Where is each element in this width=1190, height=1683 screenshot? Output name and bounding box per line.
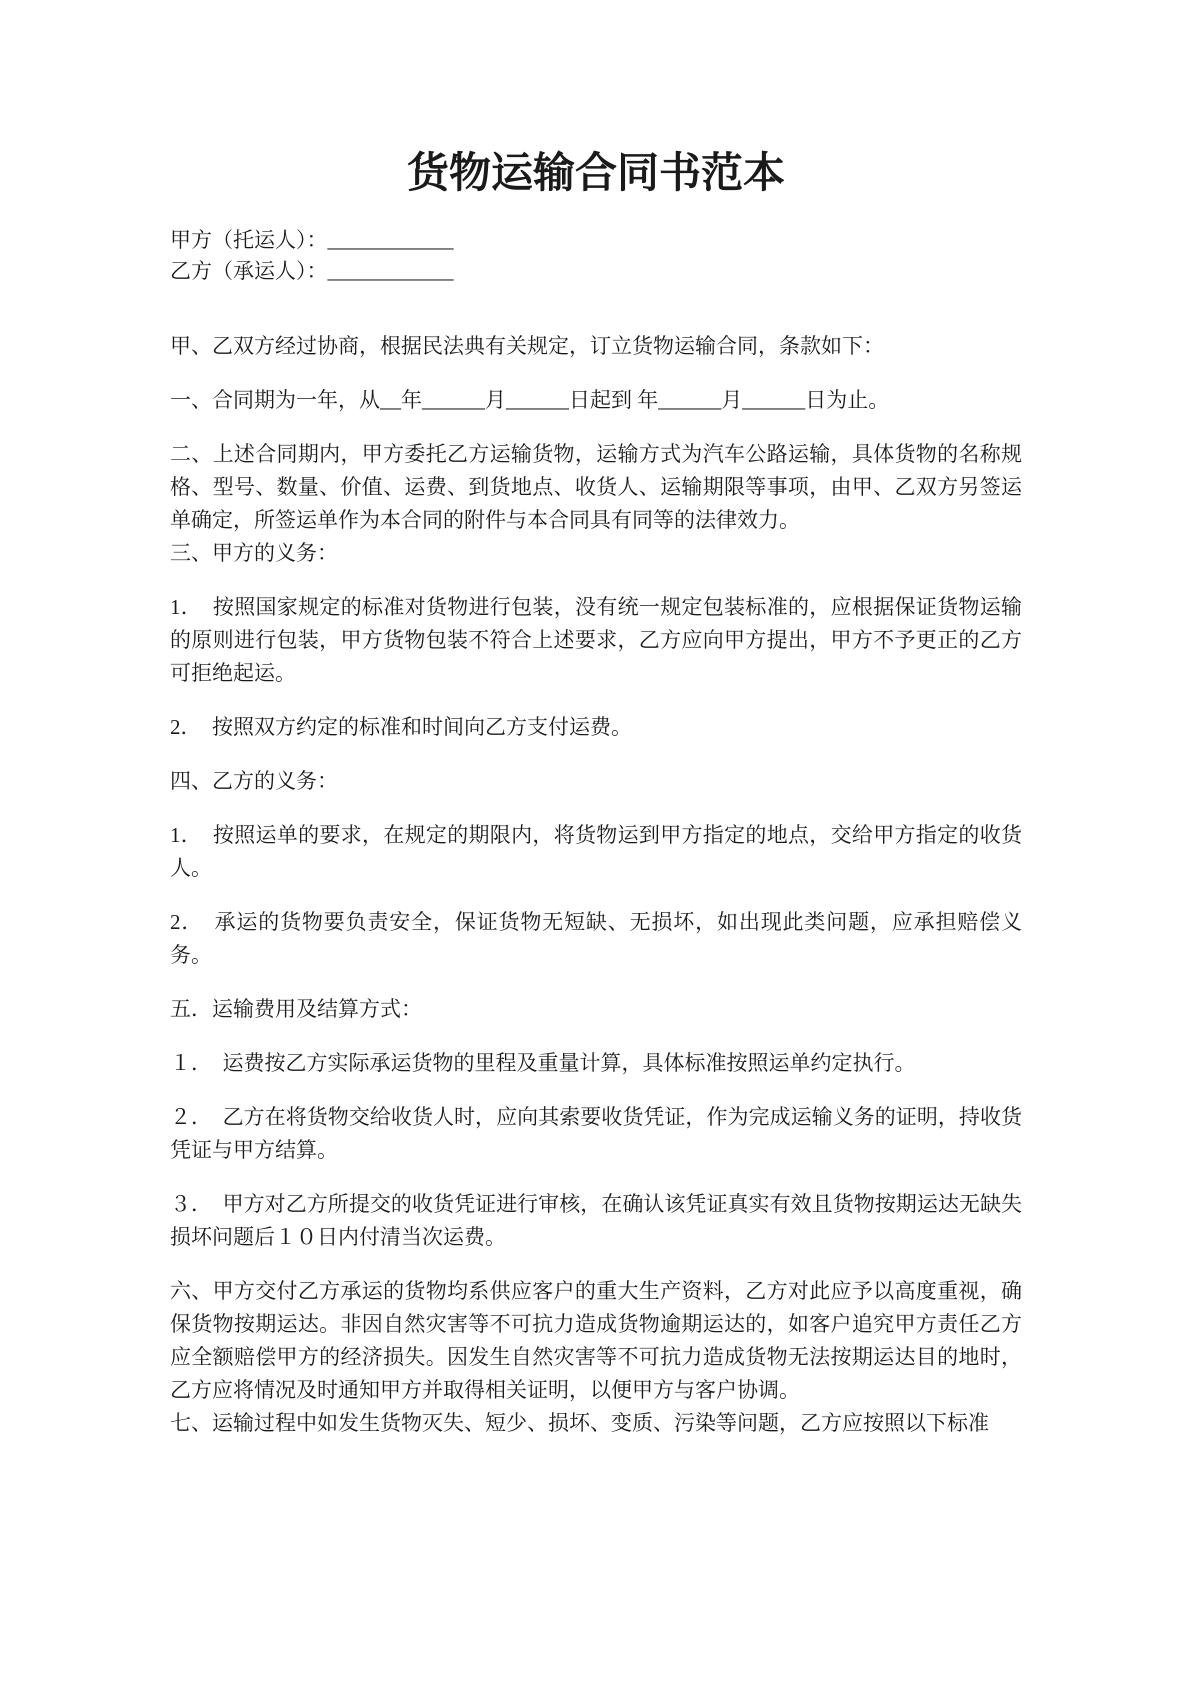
contract-body: 甲、乙双方经过协商，根据民法典有关规定，订立货物运输合同，条款如下：一、合同期为… (170, 287, 1022, 1440)
contract-paragraph: 2． 按照双方约定的标准和时间向乙方支付运费。 (170, 711, 1022, 744)
party-a-label: 甲方（托运人）： (170, 228, 328, 252)
party-block: 甲方（托运人）：____________ 乙方（承运人）：___________… (170, 225, 1022, 287)
contract-paragraph: １． 运费按乙方实际承运货物的里程及重量计算，具体标准按照运单约定执行。 (170, 1047, 1022, 1080)
contract-paragraph: 三、甲方的义务： (170, 537, 1022, 570)
party-b-label: 乙方（承运人）： (170, 259, 328, 283)
document-title: 货物运输合同书范本 (170, 148, 1022, 200)
party-b-line: 乙方（承运人）：____________ (170, 256, 1022, 287)
contract-paragraph: 四、乙方的义务： (170, 765, 1022, 798)
contract-document-page: 货物运输合同书范本 甲方（托运人）：____________ 乙方（承运人）：_… (0, 0, 1190, 1683)
party-b-blank: ____________ (328, 259, 454, 283)
contract-paragraph: 2． 承运的货物要负责安全，保证货物无短缺、无损坏，如出现此类问题，应承担赔偿义… (170, 906, 1022, 972)
contract-paragraph: 一、合同期为一年，从__年______月______日起到 年______月__… (170, 384, 1022, 417)
contract-paragraph: 二、上述合同期内，甲方委托乙方运输货物，运输方式为汽车公路运输，具体货物的名称规… (170, 438, 1022, 537)
contract-paragraph: 甲、乙双方经过协商，根据民法典有关规定，订立货物运输合同，条款如下： (170, 330, 1022, 363)
contract-content-column: 货物运输合同书范本 甲方（托运人）：____________ 乙方（承运人）：_… (170, 0, 1022, 1440)
contract-paragraph: 五．运输费用及结算方式： (170, 993, 1022, 1026)
party-a-blank: ____________ (328, 228, 454, 252)
contract-paragraph: ２． 乙方在将货物交给收货人时，应向其索要收货凭证，作为完成运输义务的证明，持收… (170, 1101, 1022, 1167)
contract-paragraph: 六、甲方交付乙方承运的货物均系供应客户的重大生产资料，乙方对此应予以高度重视，确… (170, 1275, 1022, 1407)
party-a-line: 甲方（托运人）：____________ (170, 225, 1022, 256)
contract-paragraph: 1． 按照国家规定的标准对货物进行包装，没有统一规定包装标准的，应根据保证货物运… (170, 591, 1022, 690)
contract-paragraph: 七、运输过程中如发生货物灭失、短少、损坏、变质、污染等问题，乙方应按照以下标准 (170, 1407, 1022, 1440)
contract-paragraph: ３． 甲方对乙方所提交的收货凭证进行审核，在确认该凭证真实有效且货物按期运达无缺… (170, 1188, 1022, 1254)
contract-paragraph: 1． 按照运单的要求，在规定的期限内，将货物运到甲方指定的地点，交给甲方指定的收… (170, 819, 1022, 885)
